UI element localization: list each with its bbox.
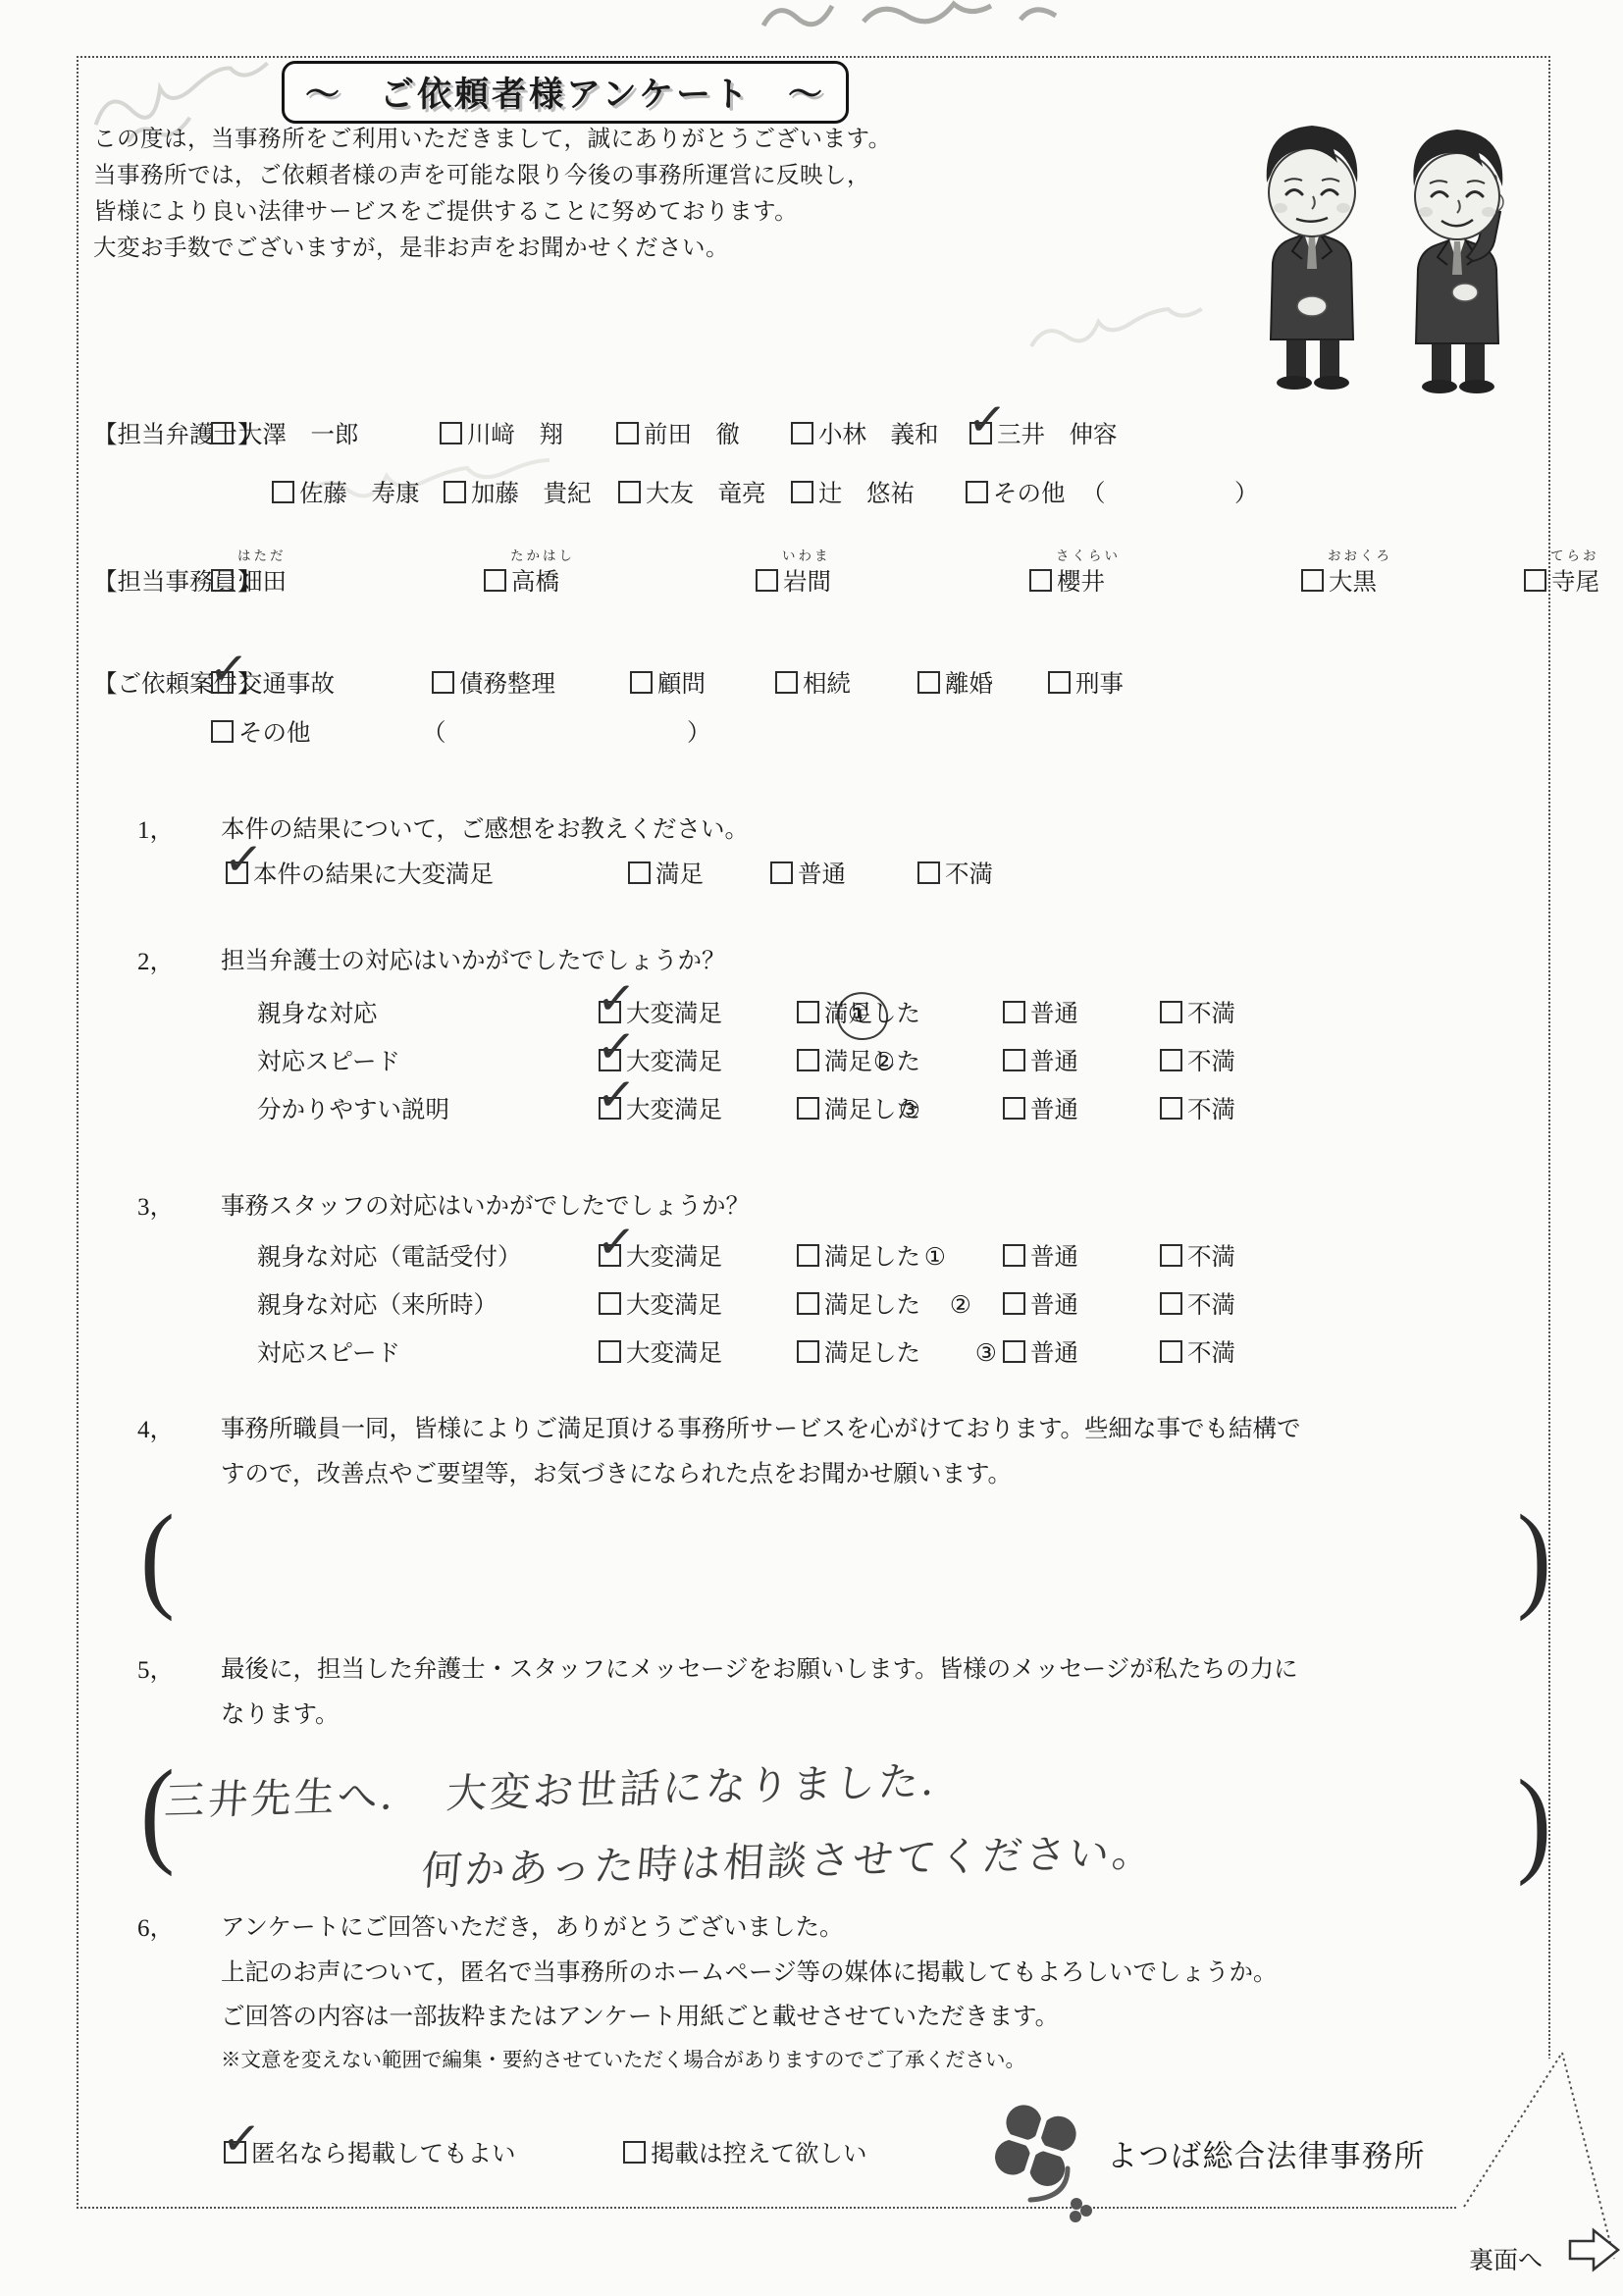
two-lawyers-illustration bbox=[1222, 90, 1528, 402]
q3-row1-number: ① bbox=[924, 1242, 946, 1272]
checkbox-icon[interactable] bbox=[969, 422, 992, 444]
checkbox-icon[interactable] bbox=[791, 422, 813, 444]
checkbox-icon[interactable] bbox=[797, 1049, 819, 1071]
case-option-divorce[interactable]: 離婚 bbox=[917, 665, 993, 700]
q5-answer-paren-close: ) bbox=[1517, 1752, 1551, 1889]
checkbox-icon[interactable] bbox=[797, 1244, 819, 1267]
q2-row2-neutral[interactable]: 普通 bbox=[1003, 1043, 1078, 1077]
q2-row3-very-satisfied[interactable]: 大変満足 bbox=[599, 1091, 722, 1125]
q2-row1-satisfied[interactable]: 満足した bbox=[797, 995, 920, 1029]
case-option-criminal[interactable]: 刑事 bbox=[1048, 665, 1124, 700]
attorney-option-maeda[interactable]: 前田 徹 bbox=[616, 416, 740, 450]
checkbox-icon[interactable] bbox=[599, 1097, 621, 1120]
other-paren-open: （ bbox=[1081, 475, 1106, 509]
q2-row2-dissatisfied[interactable]: 不満 bbox=[1160, 1043, 1235, 1077]
checkbox-icon[interactable] bbox=[1160, 1244, 1182, 1267]
checkbox-icon[interactable] bbox=[226, 861, 248, 884]
q6-line: 上記のお声について，匿名で当事務所のホームページ等の媒体に掲載してもよろしいでし… bbox=[221, 1954, 1278, 1988]
checkbox-icon[interactable] bbox=[628, 861, 651, 884]
case-option-debt[interactable]: 債務整理 bbox=[432, 665, 555, 700]
case-option-traffic[interactable]: 交通事故 bbox=[211, 665, 335, 700]
four-leaf-clover-logo-icon bbox=[981, 2094, 1101, 2229]
q2-number: 2， bbox=[137, 942, 175, 977]
q2-row3-satisfied[interactable]: 満足した bbox=[797, 1091, 920, 1125]
checkbox-icon[interactable] bbox=[917, 861, 940, 884]
q5-number: 5， bbox=[137, 1650, 175, 1686]
checkbox-icon[interactable] bbox=[599, 1244, 621, 1267]
q3-row3-number: ③ bbox=[975, 1338, 997, 1368]
checkbox-icon[interactable] bbox=[1029, 569, 1052, 592]
q3-row1-very-satisfied[interactable]: 大変満足 bbox=[599, 1238, 722, 1273]
attorney-option-mitsui[interactable]: 三井 伸容 bbox=[969, 416, 1118, 450]
q1-option-very-satisfied[interactable]: 本件の結果に大変満足 bbox=[226, 856, 494, 890]
other-paren-close: ） bbox=[687, 714, 711, 749]
q3-row1-satisfied[interactable]: 満足した bbox=[797, 1238, 920, 1273]
q3-row2-satisfied[interactable]: 満足した bbox=[797, 1286, 920, 1321]
checkbox-icon[interactable] bbox=[797, 1292, 819, 1315]
q1-text: 本件の結果について，ご感想をお教えください。 bbox=[221, 810, 749, 845]
q4-line: 事務所職員一同，皆様によりご満足頂ける事務所サービスを心がけております。些細な事… bbox=[221, 1410, 1301, 1444]
q2-row1-dissatisfied[interactable]: 不満 bbox=[1160, 995, 1235, 1029]
checkbox-icon[interactable] bbox=[1160, 1097, 1182, 1120]
firm-name: よつば総合法律事務所 bbox=[1107, 2131, 1426, 2175]
q3-number: 3， bbox=[137, 1187, 175, 1223]
intro-line: 皆様により良い法律サービスをご提供することに努めております。 bbox=[93, 194, 892, 231]
checkbox-icon[interactable] bbox=[211, 569, 234, 592]
q2-row1-neutral[interactable]: 普通 bbox=[1003, 995, 1078, 1029]
q4-line: すので，改善点やご要望等，お気づきになられた点をお聞かせ願います。 bbox=[221, 1455, 1012, 1489]
q3-row3-very-satisfied[interactable]: 大変満足 bbox=[599, 1334, 722, 1369]
checkbox-icon[interactable] bbox=[775, 671, 798, 694]
checkbox-icon[interactable] bbox=[211, 422, 234, 444]
staff-option-takahashi[interactable]: たかはし高橋 bbox=[484, 563, 559, 598]
checkbox-icon[interactable] bbox=[917, 671, 940, 694]
checkbox-icon[interactable] bbox=[1160, 1001, 1182, 1023]
checkbox-icon[interactable] bbox=[1003, 1049, 1025, 1071]
q2-row2-satisfied[interactable]: 満足した bbox=[797, 1043, 920, 1077]
q2-row3-label: 分かりやすい説明 bbox=[257, 1091, 449, 1125]
q1-number: 1， bbox=[137, 810, 175, 846]
checkbox-icon[interactable] bbox=[1160, 1049, 1182, 1071]
q6-number: 6， bbox=[137, 1908, 175, 1944]
checkbox-icon[interactable] bbox=[1003, 1340, 1025, 1363]
other-paren-open: （ bbox=[422, 714, 446, 749]
checkbox-icon[interactable] bbox=[623, 2141, 646, 2164]
q3-row2-dissatisfied[interactable]: 不満 bbox=[1160, 1286, 1235, 1321]
attorney-option-kawasaki[interactable]: 川﨑 翔 bbox=[440, 416, 563, 450]
other-paren-close: ） bbox=[1234, 475, 1259, 509]
checkbox-icon[interactable] bbox=[966, 481, 988, 503]
q1-option-neutral[interactable]: 普通 bbox=[770, 856, 846, 890]
checkbox-icon[interactable] bbox=[211, 671, 234, 694]
q3-row2-neutral[interactable]: 普通 bbox=[1003, 1286, 1078, 1321]
q3-text: 事務スタッフの対応はいかがでしたでしょうか？ bbox=[221, 1187, 750, 1222]
checkbox-icon[interactable] bbox=[1003, 1001, 1025, 1023]
checkbox-icon[interactable] bbox=[1160, 1340, 1182, 1363]
intro-line: この度は，当事務所をご利用いただきまして，誠にありがとうございます。 bbox=[93, 122, 892, 158]
checkbox-icon[interactable] bbox=[797, 1340, 819, 1363]
attorney-option-tsuji[interactable]: 辻 悠祐 bbox=[791, 475, 915, 509]
back-side-label[interactable]: 裏面へ bbox=[1469, 2241, 1543, 2276]
q6-line: ご回答の内容は一部抜粋またはアンケート用紙ごと載せさせていただきます。 bbox=[221, 1998, 1059, 2032]
right-block-arrow-icon bbox=[1570, 2230, 1618, 2270]
attorney-option-otomo[interactable]: 大友 竜亮 bbox=[618, 475, 766, 509]
checkbox-icon[interactable] bbox=[1003, 1292, 1025, 1315]
q2-row2-label: 対応スピード bbox=[257, 1043, 400, 1077]
intro-line: 大変お手数でございますが，是非お声をお聞かせください。 bbox=[93, 231, 892, 267]
checkbox-icon[interactable] bbox=[756, 569, 778, 592]
checkbox-icon[interactable] bbox=[791, 481, 813, 503]
publish-option-anonymous-ok[interactable]: 匿名なら掲載してもよい bbox=[224, 2135, 516, 2169]
staff-option-terao[interactable]: てらお寺尾 bbox=[1524, 563, 1599, 598]
q1-option-dissatisfied[interactable]: 不満 bbox=[917, 856, 993, 890]
q2-text: 担当弁護士の対応はいかがでしたでしょうか？ bbox=[221, 942, 726, 976]
checkbox-icon[interactable] bbox=[797, 1097, 819, 1120]
checkbox-icon[interactable] bbox=[599, 1292, 621, 1315]
checkbox-icon[interactable] bbox=[1003, 1097, 1025, 1120]
q3-row3-label: 対応スピード bbox=[257, 1334, 400, 1369]
attorney-option-kato[interactable]: 加藤 貴紀 bbox=[444, 475, 592, 509]
publish-option-no-publish[interactable]: 掲載は控えて欲しい bbox=[623, 2135, 867, 2169]
checkbox-icon[interactable] bbox=[1003, 1244, 1025, 1267]
q3-row3-satisfied[interactable]: 満足した bbox=[797, 1334, 920, 1369]
checkbox-icon[interactable] bbox=[484, 569, 506, 592]
q1-option-satisfied[interactable]: 満足 bbox=[628, 856, 704, 890]
q3-row2-number: ② bbox=[950, 1290, 971, 1320]
intro-paragraph: この度は，当事務所をご利用いただきまして，誠にありがとうございます。 当事務所で… bbox=[93, 122, 892, 267]
attorney-option-other[interactable]: その他 bbox=[966, 475, 1066, 509]
checkbox-icon[interactable] bbox=[599, 1340, 621, 1363]
case-option-advisory[interactable]: 顧問 bbox=[630, 665, 706, 700]
q3-row3-dissatisfied[interactable]: 不満 bbox=[1160, 1334, 1235, 1369]
q4-answer-paren-open: ( bbox=[140, 1487, 175, 1624]
case-option-inheritance[interactable]: 相続 bbox=[775, 665, 851, 700]
checkbox-icon[interactable] bbox=[618, 481, 641, 503]
checkbox-icon[interactable] bbox=[432, 671, 454, 694]
checkbox-icon[interactable] bbox=[1524, 569, 1546, 592]
checkbox-icon[interactable] bbox=[1160, 1292, 1182, 1315]
q5-line: 最後に，担当した弁護士・スタッフにメッセージをお願いします。皆様のメッセージが私… bbox=[221, 1650, 1298, 1685]
survey-title-banner: ～ ご依頼者様アンケート ～ bbox=[282, 61, 849, 124]
attorney-option-sato[interactable]: 佐藤 寿康 bbox=[272, 475, 420, 509]
q2-row3-neutral[interactable]: 普通 bbox=[1003, 1091, 1078, 1125]
q5-line: なります。 bbox=[221, 1696, 340, 1730]
checkbox-icon[interactable] bbox=[770, 861, 793, 884]
case-option-other[interactable]: その他 bbox=[211, 714, 311, 749]
q4-answer-paren-close: ) bbox=[1517, 1487, 1551, 1624]
intro-line: 当事務所では，ご依頼者様の声を可能な限り今後の事務所運営に反映し， bbox=[93, 158, 892, 194]
checkbox-icon[interactable] bbox=[630, 671, 653, 694]
q3-row1-label: 親身な対応（電話受付） bbox=[257, 1238, 522, 1273]
checkbox-icon[interactable] bbox=[1048, 671, 1071, 694]
q3-row2-very-satisfied[interactable]: 大変満足 bbox=[599, 1286, 722, 1321]
q3-row3-neutral[interactable]: 普通 bbox=[1003, 1334, 1078, 1369]
staff-option-oguro[interactable]: おおくろ大黒 bbox=[1301, 563, 1377, 598]
checkbox-icon[interactable] bbox=[211, 720, 234, 743]
attorney-option-osawa[interactable]: 大澤 一郎 bbox=[211, 416, 359, 450]
checkbox-icon[interactable] bbox=[1301, 569, 1324, 592]
checkbox-icon[interactable] bbox=[616, 422, 639, 444]
scanned-survey-page: ～ ご依頼者様アンケート ～ bbox=[0, 0, 1623, 2296]
checkbox-icon[interactable] bbox=[797, 1001, 819, 1023]
checkbox-icon[interactable] bbox=[272, 481, 294, 503]
page-title: ～ ご依頼者様アンケート ～ bbox=[305, 68, 825, 117]
q3-row2-label: 親身な対応（来所時） bbox=[257, 1286, 497, 1321]
q4-number: 4， bbox=[137, 1410, 175, 1445]
staff-option-iwama[interactable]: いわま岩間 bbox=[756, 563, 831, 598]
q3-row1-neutral[interactable]: 普通 bbox=[1003, 1238, 1078, 1273]
attorney-option-kobayashi[interactable]: 小林 義和 bbox=[791, 416, 939, 450]
bleedthrough-handwriting bbox=[756, 0, 1109, 35]
checkbox-icon[interactable] bbox=[444, 481, 466, 503]
staff-option-hatada[interactable]: はただ畑田 bbox=[211, 563, 287, 598]
q2-row3-dissatisfied[interactable]: 不満 bbox=[1160, 1091, 1235, 1125]
staff-option-sakurai[interactable]: さくらい櫻井 bbox=[1029, 563, 1105, 598]
q2-row1-label: 親身な対応 bbox=[257, 995, 378, 1029]
q6-line: アンケートにご回答いただき，ありがとうございました。 bbox=[221, 1908, 844, 1943]
q3-row1-dissatisfied[interactable]: 不満 bbox=[1160, 1238, 1235, 1273]
q6-footnote: ※文意を変えない範囲で編集・要約させていただく場合がありますのでご了承ください。 bbox=[221, 2043, 1025, 2072]
checkbox-icon[interactable] bbox=[224, 2141, 246, 2164]
checkbox-icon[interactable] bbox=[440, 422, 462, 444]
